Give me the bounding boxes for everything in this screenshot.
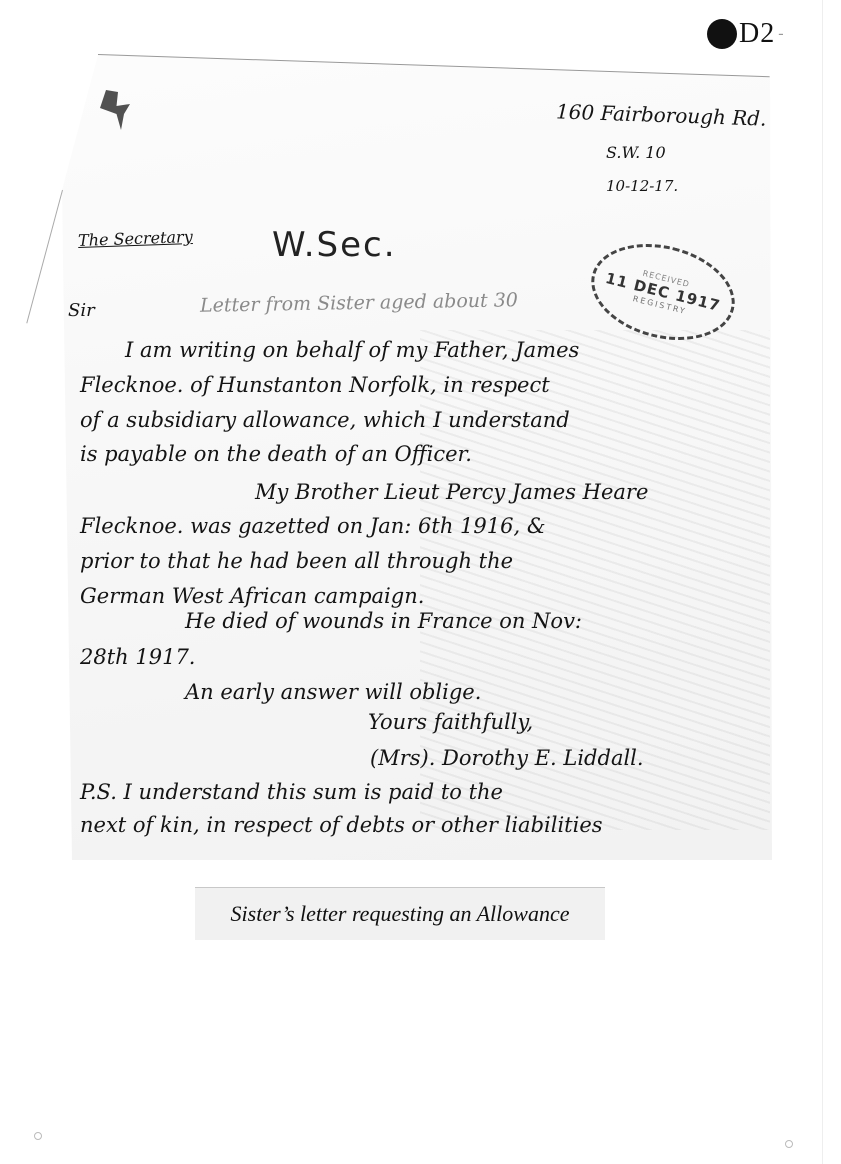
address-district: S.W. 10 [606,143,666,162]
caption-box: Sister’s letter requesting an Allowance [195,887,605,940]
postscript-line: P.S. I understand this sum is paid to th… [80,780,503,804]
body-line: I am writing on behalf of my Father, Jam… [125,338,579,362]
letter-date: 10-12-17. [606,177,678,195]
body-line: He died of wounds in France on Nov: [185,609,582,633]
body-line: My Brother Lieut Percy James Heare [255,480,648,504]
valediction: Yours faithfully, [368,710,533,734]
page-code-marker: - [778,25,783,43]
bullet-dot-icon [707,19,737,49]
postscript-line: next of kin, in respect of debts or othe… [80,813,603,837]
body-line: German West African campaign. [80,584,424,608]
salutation: Sir [68,300,95,321]
body-line: prior to that he had been all through th… [80,549,513,573]
recipient: The Secretary [78,227,193,250]
signature: (Mrs). Dorothy E. Liddall. [370,746,644,770]
sheet-edge [26,190,63,324]
punch-hole-icon [34,1132,42,1140]
caption: Sister’s letter requesting an Allowance [231,901,570,927]
page-margin-line [822,0,823,1164]
page-code: D2 [739,18,775,50]
page-label: D2 - [707,18,784,50]
punch-hole-icon [785,1140,793,1148]
body-line: 28th 1917. [80,645,195,669]
annotation-initials: W.Sec. [272,225,397,265]
body-line: Flecknoe. of Hunstanton Norfolk, in resp… [80,373,550,397]
closing-line: An early answer will oblige. [185,680,481,704]
body-line: of a subsidiary allowance, which I under… [80,408,570,432]
body-line: Flecknoe. was gazetted on Jan: 6th 1916,… [80,514,546,538]
body-line: is payable on the death of an Officer. [80,442,472,466]
